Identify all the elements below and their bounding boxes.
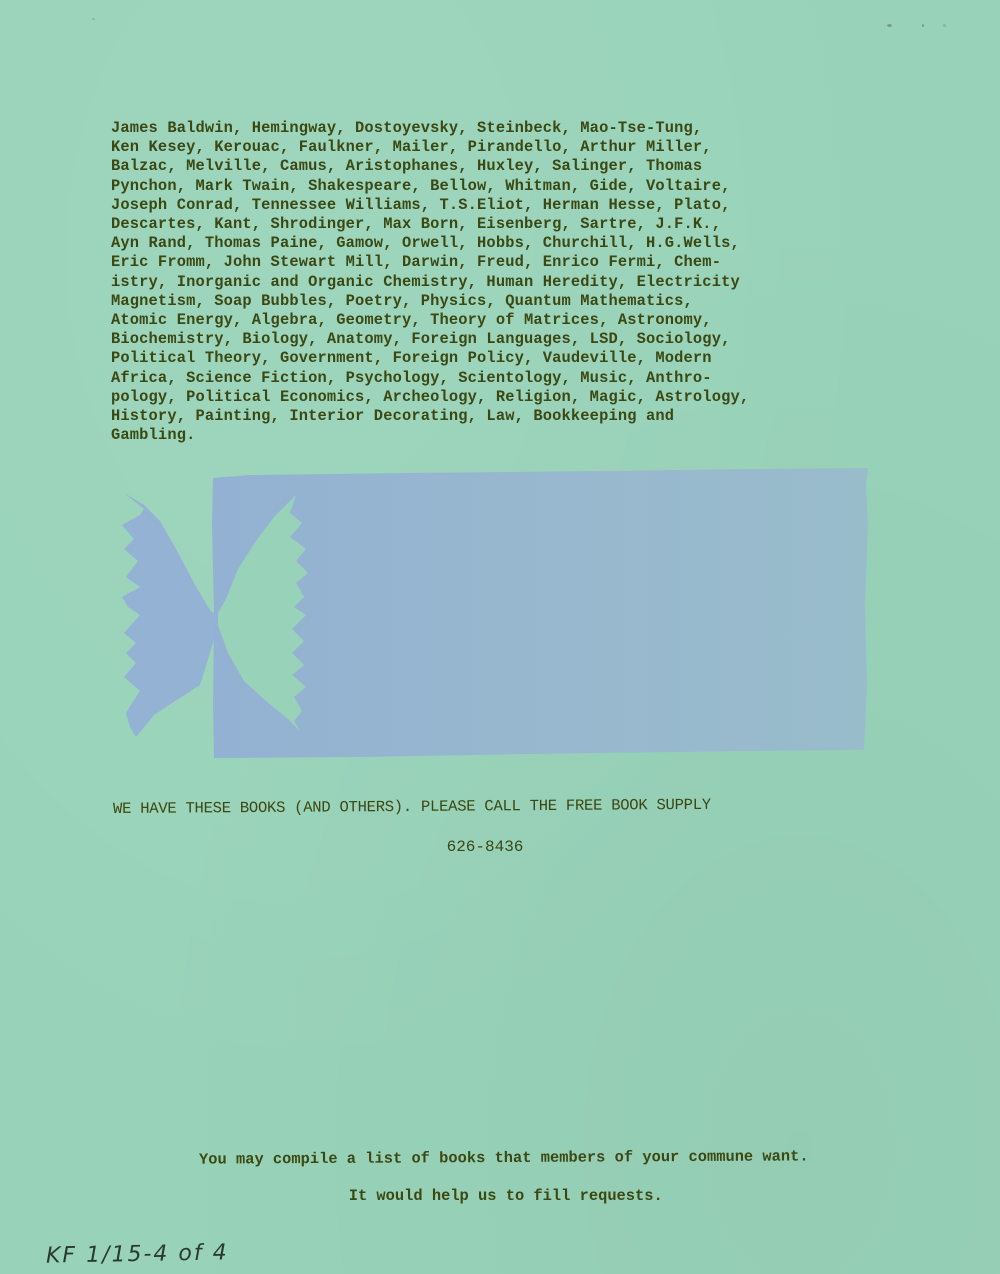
topic-list-line: Ayn Rand, Thomas Paine, Gamow, Orwell, H… bbox=[111, 234, 911, 253]
phone-number: 626-8436 bbox=[447, 838, 524, 856]
topic-list-line: Africa, Science Fiction, Psychology, Sci… bbox=[111, 369, 911, 388]
topic-list: James Baldwin, Hemingway, Dostoyevsky, S… bbox=[111, 119, 911, 445]
topic-list-line: Balzac, Melville, Camus, Aristophanes, H… bbox=[111, 157, 911, 176]
topic-list-line: Magnetism, Soap Bubbles, Poetry, Physics… bbox=[111, 292, 911, 311]
phone-number-line: 626-8436 bbox=[0, 838, 1000, 856]
note-line-1: You may compile a list of books that mem… bbox=[0, 1131, 1000, 1167]
topic-list-line: James Baldwin, Hemingway, Dostoyevsky, S… bbox=[111, 119, 911, 138]
topic-list-line: History, Painting, Interior Decorating, … bbox=[111, 407, 911, 426]
butterfly-icon bbox=[110, 465, 870, 760]
topic-list-line: Eric Fromm, John Stewart Mill, Darwin, F… bbox=[111, 253, 911, 272]
topic-list-line: Gambling. bbox=[111, 426, 911, 445]
paper-speck bbox=[922, 24, 924, 27]
note-text-1: You may compile a list of books that mem… bbox=[199, 1147, 809, 1168]
note-line-2: It would help us to fill requests. bbox=[0, 1169, 1000, 1205]
paper-speck bbox=[92, 18, 95, 20]
call-to-action: WE HAVE THESE BOOKS (AND OTHERS). PLEASE… bbox=[113, 795, 893, 818]
topic-list-line: Biochemistry, Biology, Anatomy, Foreign … bbox=[111, 330, 911, 349]
paper-speck bbox=[887, 24, 892, 27]
topic-list-line: Ken Kesey, Kerouac, Faulkner, Mailer, Pi… bbox=[111, 138, 911, 157]
note-text-2: It would help us to fill requests. bbox=[349, 1187, 663, 1205]
handwritten-archive-annotation: KF 1/15-4 of 4 bbox=[46, 1240, 229, 1268]
butterfly-print-artwork bbox=[110, 465, 870, 760]
topic-list-line: Descartes, Kant, Shrodinger, Max Born, E… bbox=[111, 215, 911, 234]
topic-list-line: pology, Political Economics, Archeology,… bbox=[111, 388, 911, 407]
topic-list-line: Political Theory, Government, Foreign Po… bbox=[111, 349, 911, 368]
topic-list-line: istry, Inorganic and Organic Chemistry, … bbox=[111, 273, 911, 292]
topic-list-line: Joseph Conrad, Tennessee Williams, T.S.E… bbox=[111, 196, 911, 215]
topic-list-line: Atomic Energy, Algebra, Geometry, Theory… bbox=[111, 311, 911, 330]
paper-speck bbox=[943, 24, 946, 27]
topic-list-line: Pynchon, Mark Twain, Shakespeare, Bellow… bbox=[111, 177, 911, 196]
